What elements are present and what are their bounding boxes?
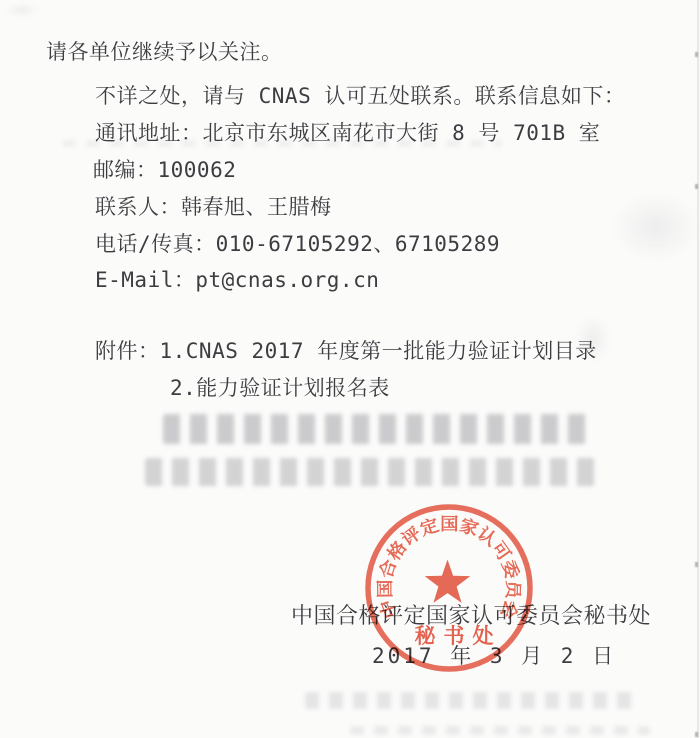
phone-fax-line: 电话/传真：010-67105292、67105289 <box>95 232 500 257</box>
scan-smudge-3 <box>575 315 611 363</box>
bleedthrough-row-4 <box>350 726 650 735</box>
contact-persons-line: 联系人：韩春旭、王腊梅 <box>95 195 332 220</box>
seal-center-text: 秘书处 <box>415 624 502 648</box>
bleedthrough-row-1 <box>163 414 593 444</box>
postcode-line: 邮编：100062 <box>93 158 236 183</box>
scan-edge-tick-3 <box>695 562 698 567</box>
scanned-letter-page: 请各单位继续予以关注。 不详之处，请与 CNAS 认可五处联系。联系信息如下： … <box>0 0 700 738</box>
bleedthrough-row-2 <box>145 458 595 486</box>
scan-streak-1 <box>62 140 502 147</box>
scan-edge-line <box>697 0 699 738</box>
attachment-line-2: 2.能力验证计划报名表 <box>170 376 390 401</box>
bleedthrough-row-3 <box>305 692 635 709</box>
scan-edge-tick-1 <box>695 52 698 57</box>
scan-edge-tick-2 <box>695 184 698 189</box>
scan-edge-tick-4 <box>695 732 698 737</box>
scan-smudge-2 <box>5 3 39 17</box>
scan-smudge-1 <box>612 192 700 262</box>
contact-intro-line: 不详之处，请与 CNAS 认可五处联系。联系信息如下： <box>95 84 625 109</box>
closing-note-line: 请各单位继续予以关注。 <box>46 40 283 65</box>
official-seal: 中国合格评定国家认可委员会 秘书处 <box>354 493 544 683</box>
seal-star-icon <box>425 560 471 603</box>
email-line: E-Mail：pt@cnas.org.cn <box>95 268 379 293</box>
attachment-line-1: 附件：1.CNAS 2017 年度第一批能力验证计划目录 <box>95 339 597 364</box>
